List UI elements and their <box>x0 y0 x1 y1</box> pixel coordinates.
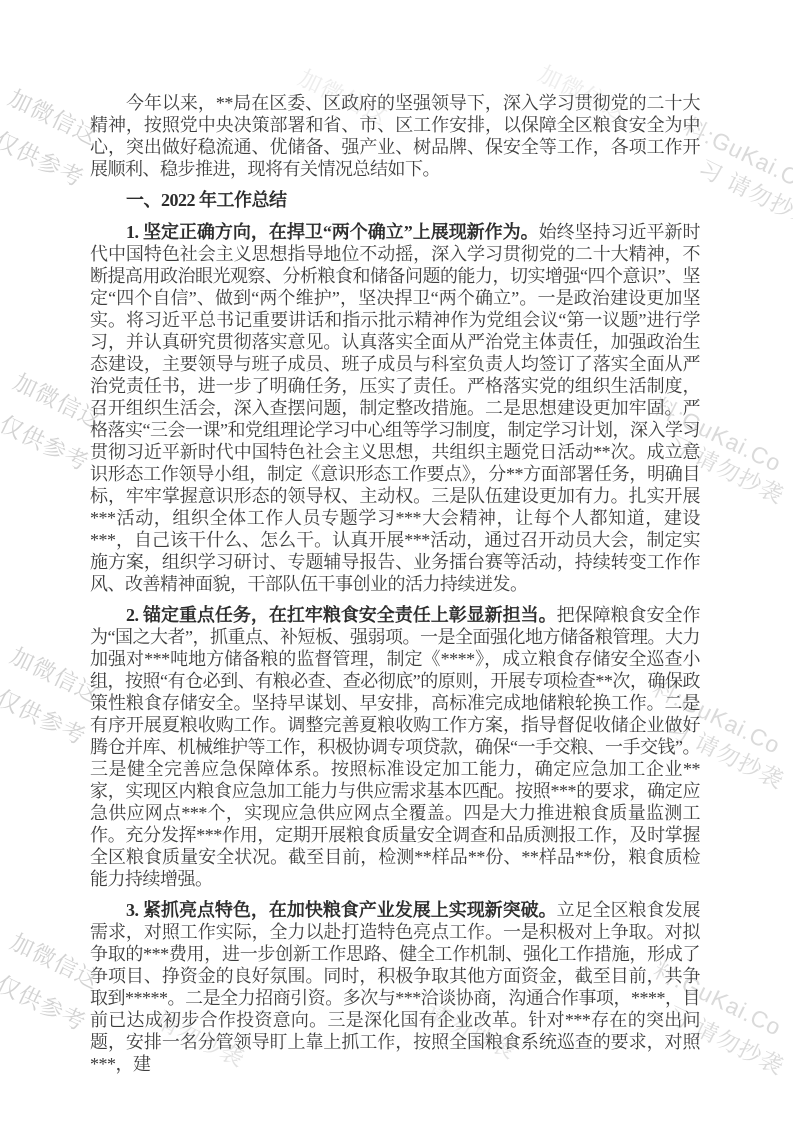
numbered-paragraph: 3. 紧抓亮点特色，在加快粮食产业发展上实现新突破。立足全区粮食发展需求，对照工… <box>90 899 700 1075</box>
paragraph-lead: 1. 坚定正确方向，在捍卫“两个确立”上展现新作为。 <box>126 222 539 242</box>
watermark-text: 仅供参考 <box>0 680 92 752</box>
paragraph-text: 把保障粮食安全作为“国之大者”，抓重点、补短板、强弱项。一是全面强化地方储备粮管… <box>90 605 700 889</box>
section-heading: 一、2022 年工作总结 <box>90 189 700 211</box>
document-page: 加微信这仅供参考加微信这仅供参考加微信这仅供参考加微信这仅供参考料:GuKai.… <box>0 0 793 1122</box>
paragraph-lead: 3. 紧抓亮点特色，在加快粮食产业发展上实现新突破。 <box>126 900 557 920</box>
paragraph-text: 始终坚持习近平新时代中国特色社会主义思想指导地位不动摇，深入学习贯彻党的二十大精… <box>90 222 700 594</box>
paragraph-lead: 2. 锚定重点任务，在扛牢粮食安全责任上彰显新担当。 <box>126 605 557 625</box>
watermark-text: 仅供参考 <box>0 406 95 478</box>
numbered-paragraph: 2. 锚定重点任务，在扛牢粮食安全责任上彰显新担当。把保障粮食安全作为“国之大者… <box>90 604 700 890</box>
intro-paragraph: 今年以来，**局在区委、区政府的坚强领导下，深入学习贯彻党的二十大精神，按照党中… <box>90 92 700 180</box>
watermark-text: 习 请勿抄袭 <box>694 150 793 236</box>
watermark-text: 仅供参考 <box>0 966 92 1038</box>
watermark-text: 仅供参考 <box>0 122 90 194</box>
paragraph-text: 立足全区粮食发展需求，对照工作实际，全力以赴打造特色亮点工作。一是积极对上争取。… <box>90 900 700 1074</box>
document-body: 今年以来，**局在区委、区政府的坚强领导下，深入学习贯彻党的二十大精神，按照党中… <box>90 92 700 1084</box>
numbered-paragraph: 1. 坚定正确方向，在捍卫“两个确立”上展现新作为。始终坚持习近平新时代中国特色… <box>90 221 700 595</box>
